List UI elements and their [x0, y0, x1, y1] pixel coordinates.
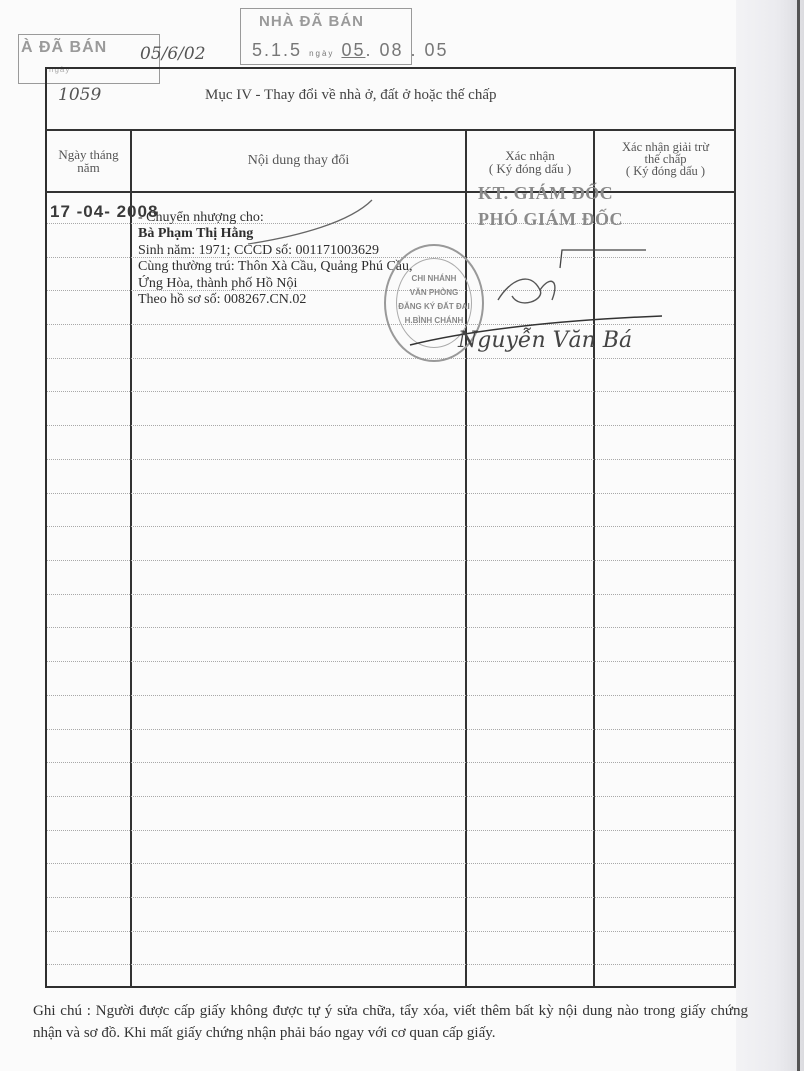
signer-name: Nguyễn Văn Bá: [458, 328, 632, 353]
footer-note: Ghi chú : Người được cấp giấy không được…: [33, 1000, 748, 1044]
signature-strokes-icon: [0, 0, 804, 1071]
